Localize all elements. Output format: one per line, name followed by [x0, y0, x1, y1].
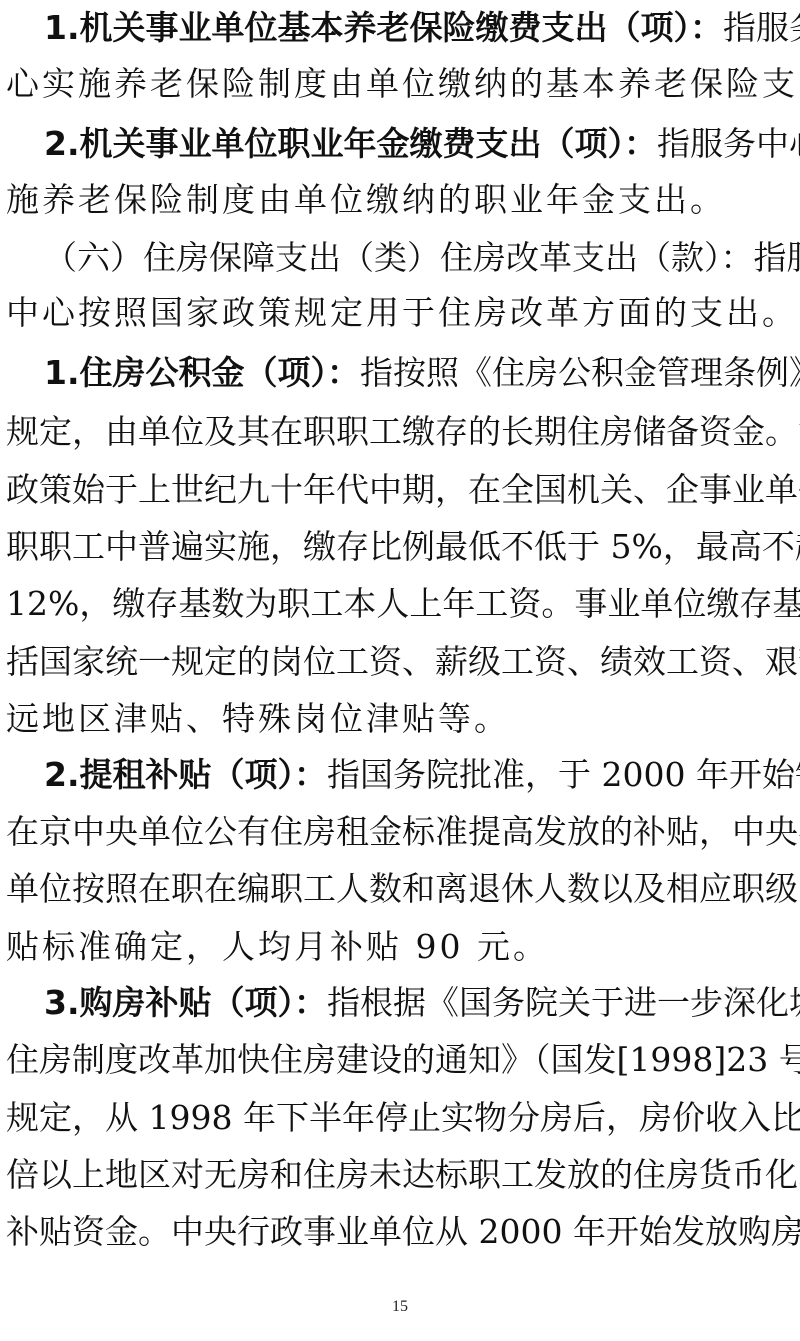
body-text: 远地区津贴、特殊岗位津贴等。: [6, 699, 510, 738]
paragraph-line: 在京中央单位公有住房租金标准提高发放的补贴，中央在京: [6, 810, 780, 854]
section-heading-line: （六）住房保障支出（类）住房改革支出（款）：指服务: [44, 236, 780, 280]
paragraph-line: 1.住房公积金（项）：指按照《住房公积金管理条例》的: [44, 351, 780, 395]
body-text: 指国务院批准，于 2000 年开始针对: [327, 755, 800, 794]
body-text: 政策始于上世纪九十年代中期，在全国机关、企事业单位在: [6, 470, 800, 509]
item-heading: 2.提租补贴（项）：: [44, 755, 327, 794]
paragraph-line: 心实施养老保险制度由单位缴纳的基本养老保险支出。: [6, 62, 780, 106]
item-heading: 1.机关事业单位基本养老保险缴费支出（项）：: [44, 8, 723, 47]
body-text: 指按照《住房公积金管理条例》的: [360, 353, 800, 392]
body-text: 括国家统一规定的岗位工资、薪级工资、绩效工资、艰苦边: [6, 642, 800, 681]
paragraph-line: 远地区津贴、特殊岗位津贴等。: [6, 697, 780, 741]
paragraph-line: 括国家统一规定的岗位工资、薪级工资、绩效工资、艰苦边: [6, 640, 780, 684]
paragraph-line: 职职工中普遍实施，缴存比例最低不低于 5%，最高不超过: [6, 525, 780, 569]
body-text: 贴标准确定，人均月补贴 90 元。: [6, 927, 549, 966]
page-number: 15: [0, 1298, 800, 1316]
paragraph-line: 住房制度改革加快住房建设的通知》（国发[1998]23 号）的: [6, 1038, 780, 1082]
paragraph-line: 规定，从 1998 年下半年停止实物分房后，房价收入比超过 4: [6, 1096, 780, 1140]
body-text: 施养老保险制度由单位缴纳的职业年金支出。: [6, 180, 726, 219]
body-text: 指服务中心实: [657, 124, 800, 163]
paragraph-line: 倍以上地区对无房和住房未达标职工发放的住房货币化改革: [6, 1153, 780, 1197]
paragraph-line: 1.机关事业单位基本养老保险缴费支出（项）：指服务中: [44, 6, 780, 50]
body-text: 补贴资金。中央行政事业单位从 2000 年开始发放购房补贴资: [6, 1212, 800, 1251]
paragraph-line: 单位按照在职在编职工人数和离退休人数以及相应职级的补: [6, 867, 780, 911]
body-text: 规定，从 1998 年下半年停止实物分房后，房价收入比超过 4: [6, 1098, 800, 1137]
item-heading: 3.购房补贴（项）：: [44, 983, 327, 1022]
paragraph-line: 3.购房补贴（项）：指根据《国务院关于进一步深化城镇: [44, 981, 780, 1025]
body-text: 住房制度改革加快住房建设的通知》（国发[1998]23 号）的: [6, 1040, 800, 1079]
item-heading: 2.机关事业单位职业年金缴费支出（项）：: [44, 124, 657, 163]
body-text: 指根据《国务院关于进一步深化城镇: [327, 983, 800, 1022]
body-text: 倍以上地区对无房和住房未达标职工发放的住房货币化改革: [6, 1155, 800, 1194]
body-text: 心实施养老保险制度由单位缴纳的基本养老保险支出。: [6, 64, 800, 103]
paragraph-line: 政策始于上世纪九十年代中期，在全国机关、企事业单位在: [6, 468, 780, 512]
body-text: 职职工中普遍实施，缴存比例最低不低于 5%，最高不超过: [6, 527, 800, 566]
paragraph-line: 规定，由单位及其在职职工缴存的长期住房储备资金。该项: [6, 410, 780, 454]
paragraph-line: 12%，缴存基数为职工本人上年工资。事业单位缴存基数包: [6, 582, 780, 626]
paragraph-line: 2.机关事业单位职业年金缴费支出（项）：指服务中心实: [44, 122, 780, 166]
paragraph-line: 施养老保险制度由单位缴纳的职业年金支出。: [6, 178, 780, 222]
paragraph-line: 补贴资金。中央行政事业单位从 2000 年开始发放购房补贴资: [6, 1210, 780, 1254]
document-page: 1.机关事业单位基本养老保险缴费支出（项）：指服务中 心实施养老保险制度由单位缴…: [0, 0, 800, 1341]
body-text: 规定，由单位及其在职职工缴存的长期住房储备资金。该项: [6, 412, 800, 451]
paragraph-line: 贴标准确定，人均月补贴 90 元。: [6, 925, 780, 969]
paragraph-line: 中心按照国家政策规定用于住房改革方面的支出。: [6, 291, 780, 335]
body-text: 指服务中: [723, 8, 800, 47]
paragraph-line: 2.提租补贴（项）：指国务院批准，于 2000 年开始针对: [44, 753, 780, 797]
body-text: 中心按照国家政策规定用于住房改革方面的支出。: [6, 293, 798, 332]
body-text: 单位按照在职在编职工人数和离退休人数以及相应职级的补: [6, 869, 800, 908]
item-heading: 1.住房公积金（项）：: [44, 353, 360, 392]
body-text: 在京中央单位公有住房租金标准提高发放的补贴，中央在京: [6, 812, 800, 851]
body-text: （六）住房保障支出（类）住房改革支出（款）：指服务: [44, 238, 800, 277]
body-text: 12%，缴存基数为职工本人上年工资。事业单位缴存基数包: [6, 584, 800, 623]
